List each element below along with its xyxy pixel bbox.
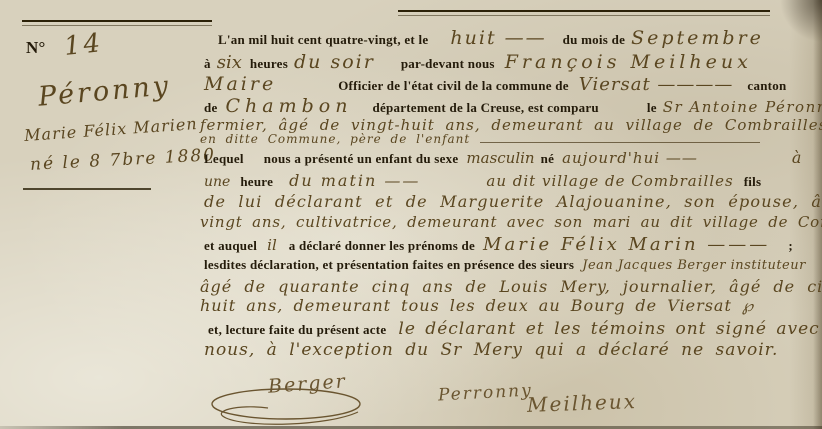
handwritten-segment: Viersat ———— [579, 74, 734, 95]
handwritten-segment: aujourd'hui —— [562, 149, 698, 167]
handwritten-segment: au dit village de Combrailles [486, 172, 733, 190]
handwritten-segment: Sr Antoine Péronny [663, 98, 822, 116]
printed-segment: département de la Creuse, est comparu [372, 100, 598, 116]
act-line-04: de Chambon département de la Creuse, est… [204, 95, 822, 117]
handwritten-segment: de lui déclarant et de Marguerite Alajou… [204, 192, 822, 211]
handwritten-segment: une [204, 174, 230, 190]
printed-segment: L'an mil huit cent quatre-vingt, et le [218, 32, 428, 48]
act-line-01: L'an mil huit cent quatre-vingt, et le h… [204, 27, 764, 49]
act-line-12: lesdites déclaration, et présentation fa… [204, 257, 806, 273]
handwritten-segment: Septembre [631, 27, 764, 49]
handwritten-segment: âgé de quarante cinq ans de Louis Mery, … [200, 277, 822, 296]
printed-segment: Officier de l'état civil de la commune d… [338, 78, 569, 94]
signature-meilheux: Meilheux [527, 389, 638, 417]
printed-segment: à [204, 56, 211, 72]
margin-surname: Péronny [37, 70, 172, 112]
act-line-03: Maire Officier de l'état civil de la com… [204, 73, 786, 95]
act-number: N° 14 [26, 30, 103, 60]
handwritten-segment: masculin [466, 149, 534, 167]
act-line-09: de lui déclarant et de Marguerite Alajou… [204, 192, 822, 211]
act-line-15: et, lecture faite du présent acte le déc… [208, 319, 822, 339]
handwritten-segment: huit ans, demeurant tous les deux au Bou… [200, 296, 754, 315]
printed-segment: a déclaré donner les prénoms de [289, 238, 475, 254]
handwritten-segment: nous, à l'exception du Sr Mery qui a déc… [204, 340, 778, 360]
act-line-10: vingt ans, cultivatrice, demeurant avec … [200, 213, 822, 231]
printed-segment: du mois de [563, 32, 625, 48]
printed-segment: et auquel [204, 238, 257, 254]
signature-perronny: Perronny [438, 381, 534, 406]
printed-segment: canton [747, 78, 786, 94]
act-line-02: à six heures du soir par-devant nous Fra… [204, 51, 752, 73]
handwritten-segment: Marie Félix Marin ——— [483, 234, 770, 255]
handwritten-segment: le déclarant et les témoins ont signé av… [398, 319, 822, 339]
top-rule [398, 10, 770, 16]
margin-given-names: Marie Félix Marien [24, 114, 199, 145]
printed-segment: le [647, 100, 657, 116]
act-line-08: une heure du matin —— au dit village de … [204, 171, 761, 190]
printed-segment: ; [788, 238, 793, 254]
handwritten-segment: Maire [204, 73, 276, 95]
printed-segment: de [204, 100, 218, 116]
printed-segment: Lequel [204, 151, 244, 167]
handwritten-segment: à [792, 148, 802, 167]
filler-line [480, 134, 760, 143]
printed-segment: nous a présenté un enfant du sexe [264, 151, 459, 167]
printed-segment: et, lecture faite du présent acte [208, 322, 386, 338]
act-line-07: Lequel nous a présenté un enfant du sexe… [204, 148, 801, 167]
printed-segment: heure [240, 174, 273, 190]
act-number-label: N° [26, 38, 46, 57]
margin-birth-note: né le 8 7bre 1880 [30, 145, 217, 175]
margin-top-rule [22, 20, 212, 26]
handwritten-segment: François Meilheux [505, 51, 752, 73]
act-line-13: âgé de quarante cinq ans de Louis Mery, … [200, 277, 822, 296]
printed-segment: par-devant nous [401, 56, 495, 72]
handwritten-segment: il [267, 236, 277, 254]
handwritten-segment: Chambon [226, 95, 353, 117]
handwritten-segment: du matin —— [289, 171, 420, 190]
birth-record-page: N° 14 Péronny Marie Félix Marien né le 8… [0, 0, 822, 429]
act-line-14: huit ans, demeurant tous les deux au Bou… [200, 296, 754, 315]
act-line-16: nous, à l'exception du Sr Mery qui a déc… [204, 340, 778, 360]
printed-segment: heures [250, 56, 288, 72]
handwritten-segment: Jean Jacques Berger instituteur [582, 258, 806, 273]
handwritten-segment: huit —— [450, 27, 546, 49]
act-line-11: et auquel il a déclaré donner les prénom… [204, 234, 793, 255]
act-number-value: 14 [62, 28, 104, 62]
printed-segment: lesdites déclaration, et présentation fa… [204, 257, 574, 273]
margin-bottom-rule [23, 188, 151, 190]
printed-segment: fils [744, 174, 762, 190]
handwritten-segment: vingt ans, cultivatrice, demeurant avec … [200, 213, 822, 231]
printed-segment: né [541, 151, 555, 167]
act-line-06: en ditte Commune, père de l'enfant [200, 132, 760, 146]
handwritten-segment: six [217, 52, 242, 73]
handwritten-segment: en ditte Commune, père de l'enfant [200, 132, 470, 146]
handwritten-segment: du soir [294, 51, 375, 73]
